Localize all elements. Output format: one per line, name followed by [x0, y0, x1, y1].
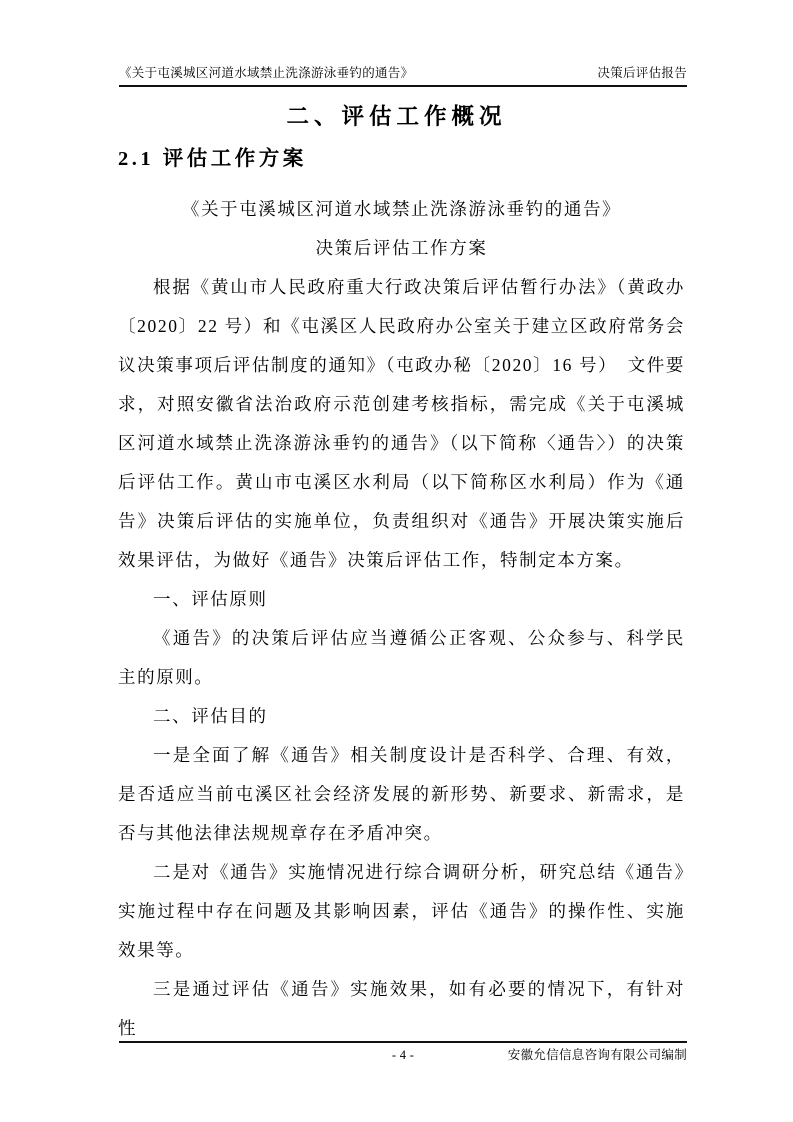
paragraph-purpose-2: 二是对《通告》实施情况进行综合调研分析，研究总结《通告》实施过程中存在问题及其影…: [118, 853, 685, 970]
paragraph-basis: 根据《黄山市人民政府重大行政决策后评估暂行办法》（黄政办〔2020〕22 号）和…: [118, 268, 685, 580]
header-document-title: 《关于屯溪城区河道水域禁止洗涤游泳垂钓的通告》: [119, 66, 413, 81]
paragraph-purpose-1: 一是全面了解《通告》相关制度设计是否科学、合理、有效，是否适应当前屯溪区社会经济…: [118, 736, 685, 853]
page-footer: - 4 - 安徽允信信息咨询有限公司编制: [119, 1041, 687, 1063]
page-header: 《关于屯溪城区河道水域禁止洗涤游泳垂钓的通告》 决策后评估报告: [119, 66, 687, 87]
paragraph-purpose-3: 三是通过评估《通告》实施效果，如有必要的情况下，有针对性: [118, 970, 685, 1048]
chapter-title: 二、评估工作概况: [0, 101, 793, 133]
paragraph-heading-purpose: 二、评估目的: [118, 697, 685, 736]
plan-title-line-1: 《关于屯溪城区河道水域禁止洗涤游泳垂钓的通告》: [118, 190, 685, 229]
document-body: 《关于屯溪城区河道水域禁止洗涤游泳垂钓的通告》 决策后评估工作方案 根据《黄山市…: [118, 190, 685, 1048]
document-page: 《关于屯溪城区河道水域禁止洗涤游泳垂钓的通告》 决策后评估报告 二、评估工作概况…: [0, 0, 793, 1122]
section-title: 2.1 评估工作方案: [118, 146, 307, 173]
paragraph-principles: 《通告》的决策后评估应当遵循公正客观、公众参与、科学民主的原则。: [118, 619, 685, 697]
plan-title-line-2: 决策后评估工作方案: [118, 229, 685, 268]
page-number: - 4 -: [119, 1048, 687, 1063]
header-report-label: 决策后评估报告: [597, 66, 687, 81]
paragraph-heading-principles: 一、评估原则: [118, 580, 685, 619]
